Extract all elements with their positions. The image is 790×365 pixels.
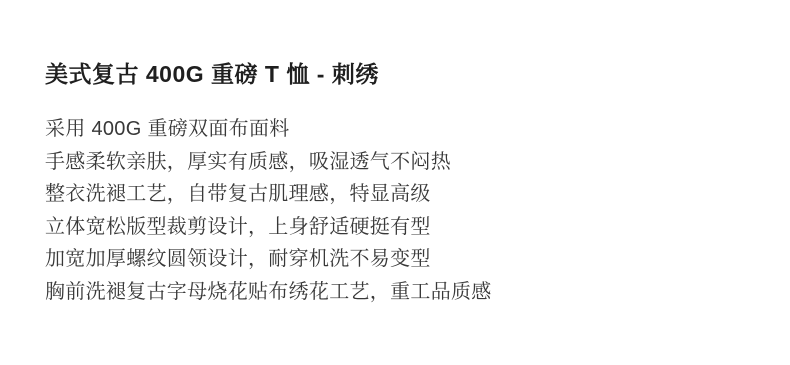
description-line-wash: 整衣洗褪工艺，自带复古肌理感，特显高级 (45, 178, 492, 211)
description-line-fabric: 采用 400G 重磅双面布面料 (45, 113, 492, 146)
product-description-section: 美式复古 400G 重磅 T 恤 - 刺绣 采用 400G 重磅双面布面料 手感… (0, 0, 790, 365)
description-line-feel: 手感柔软亲肤，厚实有质感，吸湿透气不闷热 (45, 146, 492, 179)
description-line-collar: 加宽加厚螺纹圆领设计，耐穿机洗不易变型 (45, 243, 492, 276)
product-title: 美式复古 400G 重磅 T 恤 - 刺绣 (45, 58, 379, 90)
product-description: 采用 400G 重磅双面布面料 手感柔软亲肤，厚实有质感，吸湿透气不闷热 整衣洗… (45, 113, 492, 308)
description-line-cut: 立体宽松版型裁剪设计，上身舒适硬挺有型 (45, 211, 492, 244)
description-line-embroidery: 胸前洗褪复古字母烧花贴布绣花工艺，重工品质感 (45, 276, 492, 309)
